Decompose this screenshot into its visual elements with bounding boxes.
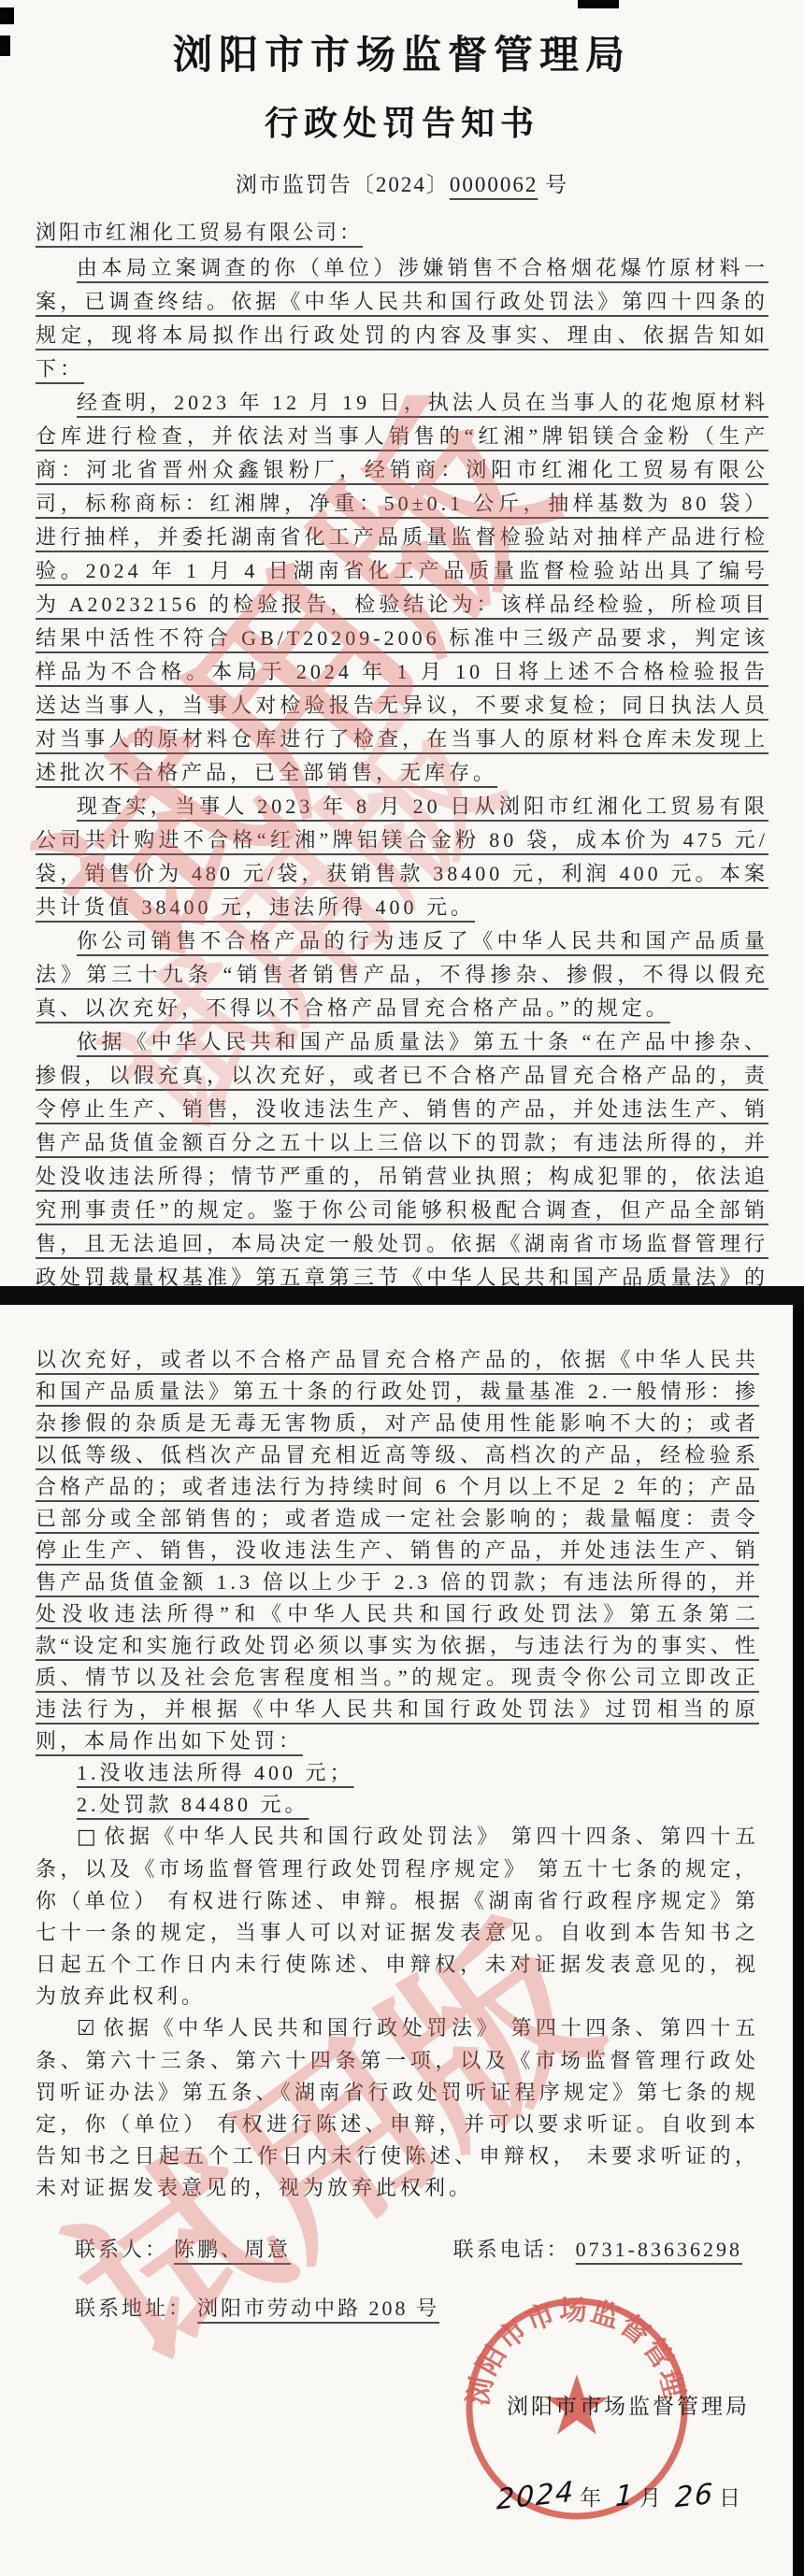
contact-phone-label: 联系电话： (453, 2234, 570, 2263)
handwritten-year: 2024 (492, 2475, 581, 2517)
penalty-item-2: 2.处罚款 84480 元。 (36, 1789, 759, 1821)
handwritten-month: 1 (610, 2478, 639, 2514)
signature-agency: 浏阳市市场监督管理局 (0, 2389, 750, 2420)
contact-person: 陈鹏、周意 (168, 2234, 296, 2263)
findings-paragraph: 经查明，2023 年 12 月 19 日，执法人员在当事人的花炮原材料仓库进行检… (36, 386, 768, 790)
statement-rights-text: 依据《中华人民共和国行政处罚法》 第四十四条、第四十五条，以及《市场监督管理行政… (36, 1825, 759, 2008)
year-label: 年 (580, 2486, 603, 2510)
handwritten-day: 26 (669, 2477, 719, 2515)
agency-title: 浏阳市市场监督管理局 (0, 24, 804, 80)
scan-edge-strip (793, 1305, 804, 2576)
statement-rights-paragraph: □依据《中华人民共和国行政处罚法》 第四十四条、第四十五条，以及《市场监督管理行… (36, 1821, 759, 2012)
doc-number-serial: 0000062 (450, 173, 538, 196)
scan-artifact (0, 36, 10, 56)
month-label: 月 (639, 2486, 663, 2510)
day-label: 日 (719, 2486, 742, 2510)
penalty-item-1: 1.没收违法所得 400 元； (36, 1757, 759, 1789)
facts-paragraph: 现查实，当事人 2023 年 8 月 20 日从浏阳市红湘化工贸易有限公司共计购… (36, 790, 768, 924)
contact-address: 浏阳市劳动中路 208 号 (192, 2293, 445, 2322)
hearing-checkbox-checked-icon: ☑ (77, 2017, 103, 2040)
signature-date: 2024年 1月 26日 (0, 2480, 742, 2512)
scanned-penalty-notice: 试用版 试用版 浏阳市市场监督管理局 行政处罚告知书 浏市监罚告〔2024〕00… (0, 0, 804, 2576)
page-divider (0, 1286, 804, 1305)
addressee-line: 浏阳市红湘化工贸易有限公司： (36, 217, 768, 246)
page-1: 试用版 试用版 浏阳市市场监督管理局 行政处罚告知书 浏市监罚告〔2024〕00… (0, 0, 804, 1286)
contact-phone: 0731-83636298 (570, 2238, 748, 2262)
violation-paragraph: 你公司销售不合格产品的行为违反了《中华人民共和国产品质量法》第三十九条 “销售者… (36, 924, 768, 1025)
doc-number-suffix: 号 (538, 173, 568, 196)
contact-address-row: 联系地址：浏阳市劳动中路 208 号 (75, 2293, 748, 2322)
legal-basis-paragraph: 依据《中华人民共和国产品质量法》第五十条 “在产品中掺杂、掺假，以假充真，以次充… (36, 1025, 768, 1286)
doc-number-prefix: 浏市监罚告〔2024〕 (236, 173, 450, 196)
scan-artifact (0, 7, 14, 24)
contact-address-label: 联系地址： (75, 2293, 192, 2322)
scan-artifact (578, 0, 619, 8)
intro-paragraph: 由本局立案调查的你（单位）涉嫌销售不合格烟花爆竹原材料一案，已调查终结。依据《中… (36, 251, 768, 386)
document-number: 浏市监罚告〔2024〕0000062 号 (0, 167, 804, 198)
contact-row: 联系人：陈鹏、周意 联系电话：0731-83636298 (75, 2234, 748, 2263)
statement-checkbox-unchecked-icon: □ (77, 1825, 104, 1849)
hearing-rights-paragraph: ☑依据《中华人民共和国行政处罚法》 第四十四条、第四十五条、第六十三条、第六十四… (36, 2012, 759, 2204)
hearing-rights-text: 依据《中华人民共和国行政处罚法》 第四十四条、第四十五条、第六十三条、第六十四条… (36, 2016, 759, 2199)
page-2: 试用版 以次充好，或者以不合格产品冒充合格产品的，依据《中华人民共和国产品质量法… (0, 1305, 804, 2576)
legal-basis-continuation: 以次充好，或者以不合格产品冒充合格产品的，依据《中华人民共和国产品质量法》第五十… (36, 1305, 759, 1757)
document-type-title: 行政处罚告知书 (0, 97, 804, 145)
contact-person-label: 联系人： (75, 2234, 168, 2263)
